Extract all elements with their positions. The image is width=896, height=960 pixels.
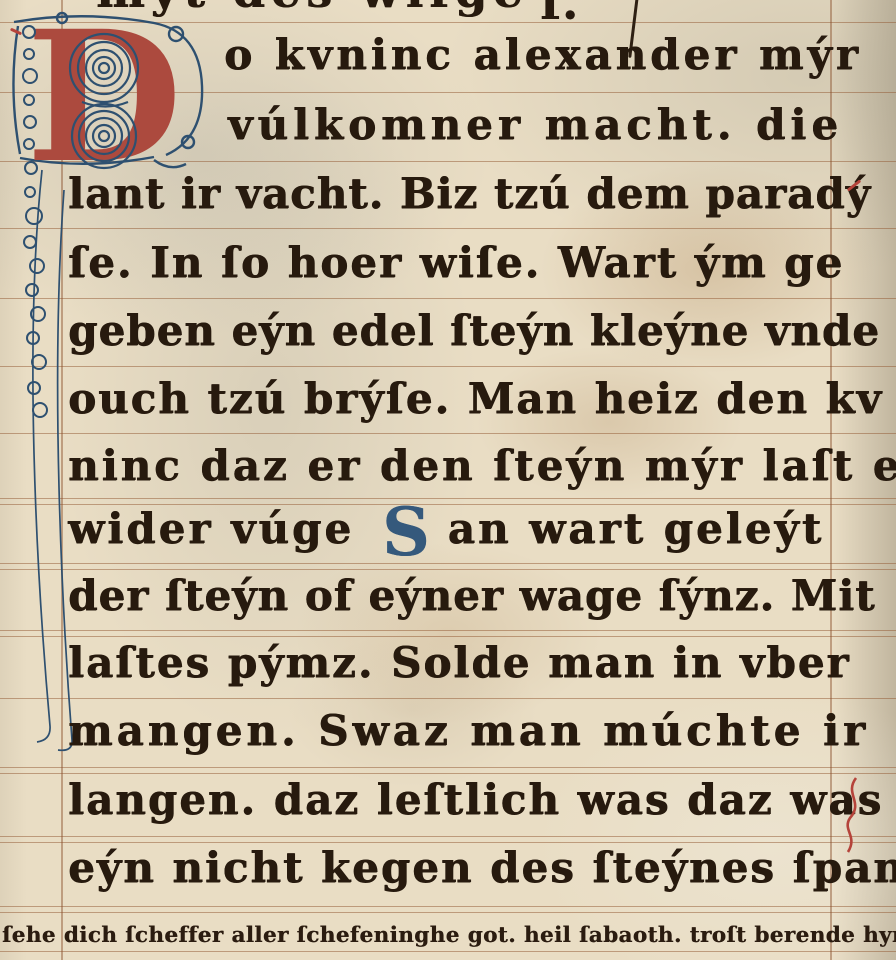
inline-initial-s: S bbox=[382, 501, 430, 563]
filigree-whip-lines bbox=[33, 170, 72, 750]
line-text-pre: wider vúge bbox=[68, 504, 354, 553]
text-line: lant ir vacht. Biz tzú dem paradý bbox=[68, 163, 871, 225]
text-line: ſe. In ſo hoer wiſe. Wart ým ge bbox=[68, 232, 844, 294]
text-line: o kvninc alexander mýr bbox=[224, 24, 862, 86]
ruling-line bbox=[0, 912, 896, 913]
manuscript-page: myt des wiſge ſ. D bbox=[0, 0, 896, 960]
ruling-line bbox=[0, 906, 896, 907]
line-text-post: an wart geleýt bbox=[448, 504, 824, 553]
text-line: der ſteýn of eýner wage ſýnz. Mit bbox=[68, 565, 875, 627]
text-line: eýn nicht kegen des ſteýnes ſpangē . bbox=[68, 837, 896, 899]
gloss-line: ſehe dich ſcheffer aller ſchefeninghe go… bbox=[2, 923, 896, 948]
ruling-line bbox=[0, 951, 896, 952]
text-line: laſtes pýmz. Solde man in vber bbox=[68, 632, 851, 694]
text-line: ouch tzú brýſe. Man heiz den kv bbox=[68, 368, 883, 430]
red-marginal-squiggle bbox=[840, 772, 880, 862]
text-line: ninc daz er den ſteýn mýr laſt e bbox=[68, 435, 896, 497]
text-line-with-initial: wider vúgeSan wart geleýt bbox=[68, 498, 824, 563]
text-line: geben eýn edel ſteýn kleýne vnde bbox=[68, 300, 880, 362]
text-line: vúlkomner macht. die bbox=[228, 94, 843, 156]
text-line: langen. daz leſtlich was daz was bbox=[68, 769, 883, 831]
text-line: mangen. Swaz man múchte ir bbox=[68, 700, 869, 762]
